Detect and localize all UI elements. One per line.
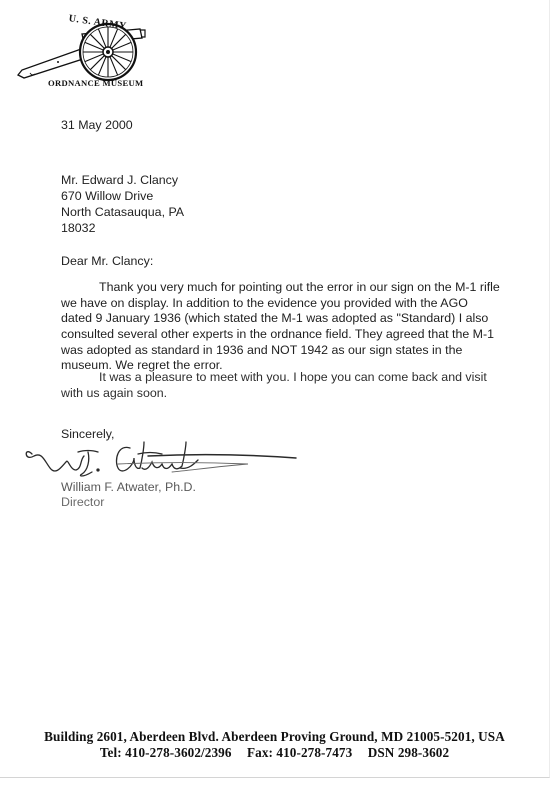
recipient-city-state: North Catasauqua, PA xyxy=(61,204,184,220)
body-paragraph-1: Thank you very much for pointing out the… xyxy=(61,280,501,374)
letter-page: U. S. ARMY ORDNANCE MUSEUM 31 May 2000 M… xyxy=(0,0,550,778)
paragraph-line: was adopted as standard in 1936 and NOT … xyxy=(61,343,501,359)
paragraph-line: It was a pleasure to meet with you. I ho… xyxy=(61,370,501,386)
footer-dsn: DSN 298-3602 xyxy=(368,745,449,760)
signer-title: Director xyxy=(61,494,104,510)
salutation: Dear Mr. Clancy: xyxy=(61,253,153,269)
recipient-name: Mr. Edward J. Clancy xyxy=(61,172,184,188)
footer-contact: Tel: 410-278-3602/2396 Fax: 410-278-7473… xyxy=(0,745,549,761)
paragraph-line: with us again soon. xyxy=(61,386,501,402)
paragraph-line: dated 9 January 1936 (which stated the M… xyxy=(61,311,501,327)
body-paragraph-2: It was a pleasure to meet with you. I ho… xyxy=(61,370,501,401)
footer-address: Building 2601, Aberdeen Blvd. Aberdeen P… xyxy=(0,729,549,745)
recipient-address: Mr. Edward J. Clancy 670 Willow Drive No… xyxy=(61,172,184,236)
paragraph-line: Thank you very much for pointing out the… xyxy=(61,280,501,296)
recipient-street: 670 Willow Drive xyxy=(61,188,184,204)
footer-telephone: Tel: 410-278-3602/2396 xyxy=(100,745,232,760)
letterhead-logo: U. S. ARMY ORDNANCE MUSEUM xyxy=(12,2,162,92)
footer-fax: Fax: 410-278-7473 xyxy=(247,745,352,760)
letter-date: 31 May 2000 xyxy=(61,117,133,133)
recipient-zip: 18032 xyxy=(61,220,184,236)
letterhead-museum-name: ORDNANCE MUSEUM xyxy=(48,78,143,88)
paragraph-line: consulted several other experts in the o… xyxy=(61,327,501,343)
paragraph-line: we have on display. In addition to the e… xyxy=(61,296,501,312)
signer-name: William F. Atwater, Ph.D. xyxy=(61,479,196,495)
